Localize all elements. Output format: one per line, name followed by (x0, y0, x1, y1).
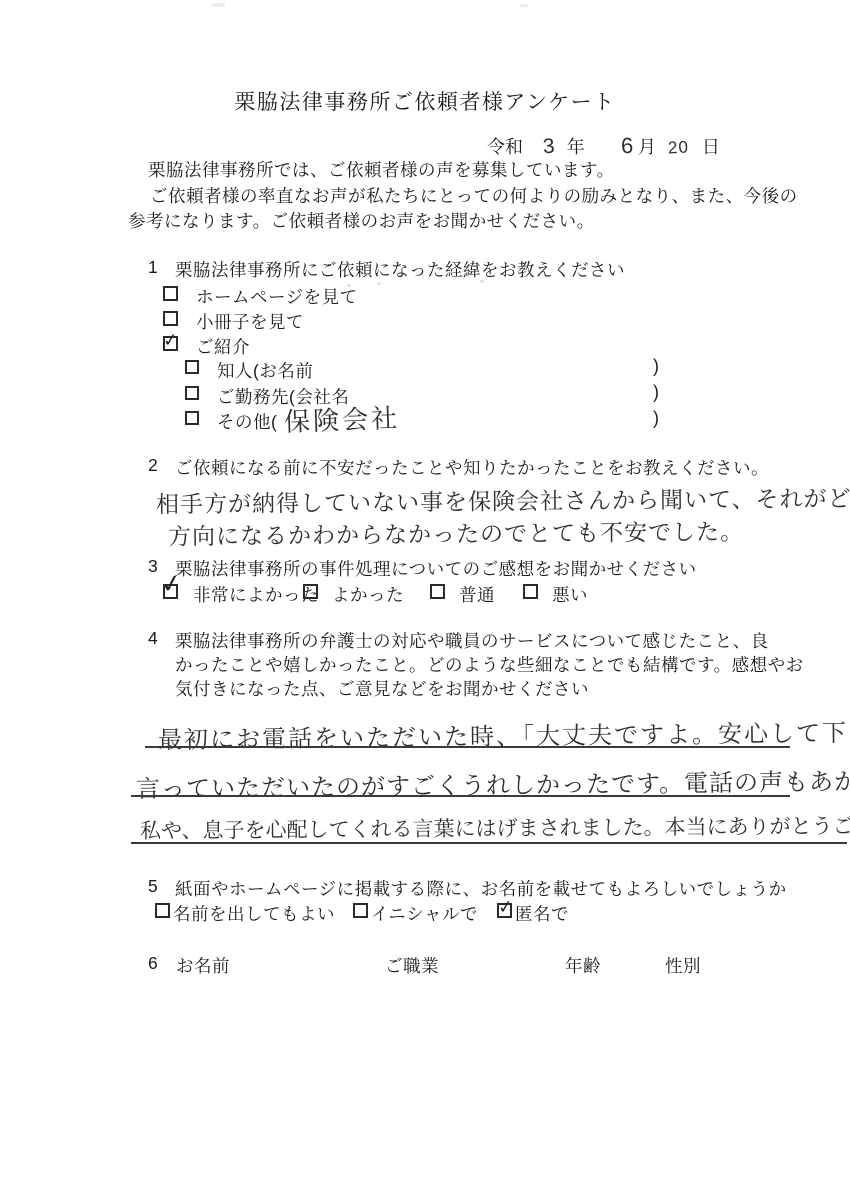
q4-title-line: かったことや嬉しかったこと。どのような些細なことでも結構です。感想やお (175, 652, 804, 677)
date-day-value: 20 (667, 137, 689, 158)
q1-sub-other-label: その他( (217, 409, 277, 434)
q3-option-normal-checkbox (430, 584, 445, 599)
q4-answer-rule (145, 746, 790, 748)
q6-field-occupation-label: ご職業 (385, 953, 439, 978)
q4-answer-line: 私や、息子を心配してくれる言葉にはげまされました。本当にありがとうございました。 (140, 809, 850, 845)
intro-line: 栗脇法律事務所では、ご依頼者様の声を募集しています。 (148, 157, 615, 182)
q4-title-line: 栗脇法律事務所の弁護士の対応や職員のサービスについて感じたこと、良 (175, 628, 769, 653)
q2-answer-line: 相手方が納得していない事を保険会社さんから聞いて、それがどの様な (156, 480, 850, 520)
q4-number: 4 (148, 628, 158, 649)
scan-smudge (520, 4, 528, 7)
q2-number: 2 (148, 455, 158, 476)
q4-answer-rule (131, 842, 847, 844)
q5-number: 5 (148, 876, 158, 897)
q4-answer-line: 最初にお電話をいただいた時、「大丈夫ですよ。安心して下さい」と (158, 712, 850, 755)
q2-title: ご依頼になる前に不安だったことや知りたかったことをお教えください。 (175, 455, 769, 480)
date-month-value: 6 (620, 133, 634, 159)
q1-sub-other-close: ) (653, 408, 659, 429)
page-title: 栗脇法律事務所ご依頼者様アンケート (0, 86, 850, 116)
date-day-label: 日 (702, 137, 720, 157)
q5-title: 紙面やホームページに掲載する際に、お名前を載せてもよろしいでしょうか (175, 876, 787, 901)
q3-option-good-label: よかった (332, 582, 404, 607)
q1-sub-acquaintance-checkbox (185, 360, 199, 374)
checkmark-icon: ✓ (162, 330, 179, 349)
scan-smudge (212, 3, 225, 7)
q6-field-gender-label: 性別 (665, 953, 701, 978)
date-year-value: 3 (542, 135, 556, 160)
q6-number: 6 (148, 953, 158, 974)
q5-option-realname-label: 名前を出してもよい (173, 901, 335, 926)
q5-option-realname-checkbox (155, 903, 170, 918)
q5-option-initials-checkbox (353, 903, 368, 918)
scanned-survey-page: 栗脇法律事務所ご依頼者様アンケート 令和3年6月20日 栗脇法律事務所では、ご依… (0, 0, 850, 1202)
date-year-label: 年 (567, 137, 585, 157)
q3-option-good-checkbox (303, 584, 318, 599)
date-era-label: 令和 (487, 137, 523, 157)
checkmark-icon: ✓ (159, 570, 184, 598)
q1-sub-other-checkbox (185, 411, 199, 425)
scan-dot (377, 282, 381, 285)
q3-option-normal-label: 普通 (459, 582, 495, 607)
checkmark-icon: ✓ (497, 897, 514, 916)
q4-title-line: 気付きになった点、ご意見などをお聞かせください (175, 676, 589, 701)
q1-option-booklet-label: 小冊子を見て (196, 309, 304, 334)
q1-option-referral-label: ご紹介 (196, 334, 250, 359)
q3-number: 3 (148, 556, 158, 577)
q6-field-name-label: お名前 (176, 953, 230, 978)
q6-field-age-label: 年齢 (565, 953, 601, 978)
q3-title: 栗脇法律事務所の事件処理についてのご感想をお聞かせください (175, 556, 697, 581)
q4-answer-line: 言っていただいたのがすごくうれしかったです。電話の声もあかるくて (136, 761, 850, 804)
q1-option-homepage-label: ホームページを見て (196, 284, 358, 309)
q1-number: 1 (148, 257, 158, 278)
q1-sub-other-answer: 保険会社 (283, 398, 400, 439)
q1-sub-employer-close: ) (653, 382, 659, 403)
q1-option-homepage-checkbox (163, 286, 178, 301)
q3-option-bad-label: 悪い (552, 582, 588, 607)
intro-line: 参考になります。ご依頼者様のお声をお聞かせください。 (128, 208, 595, 233)
q2-answer-line: 方向になるかわからなかったのでとても不安でした。 (168, 513, 744, 551)
q3-option-verygood-label: 非常によかった (193, 582, 319, 607)
intro-line: ご依頼者様の率直なお声が私たちにとっての何よりの励みとなり、また、今後の (150, 183, 798, 208)
q1-title: 栗脇法律事務所にご依頼になった経緯をお教えください (175, 257, 625, 282)
date-line: 令和3年6月20日 (487, 133, 720, 159)
q5-option-anonymous-label: 匿名で (515, 901, 569, 926)
q1-sub-acquaintance-close: ) (653, 356, 659, 377)
date-month-label: 月 (638, 137, 656, 157)
q1-sub-acquaintance-label: 知人(お名前 (217, 358, 313, 383)
q5-option-initials-label: イニシャルで (371, 901, 478, 926)
q3-option-bad-checkbox (523, 584, 538, 599)
q1-option-booklet-checkbox (163, 311, 178, 326)
q4-answer-rule (131, 795, 790, 797)
q1-sub-employer-checkbox (185, 386, 199, 400)
